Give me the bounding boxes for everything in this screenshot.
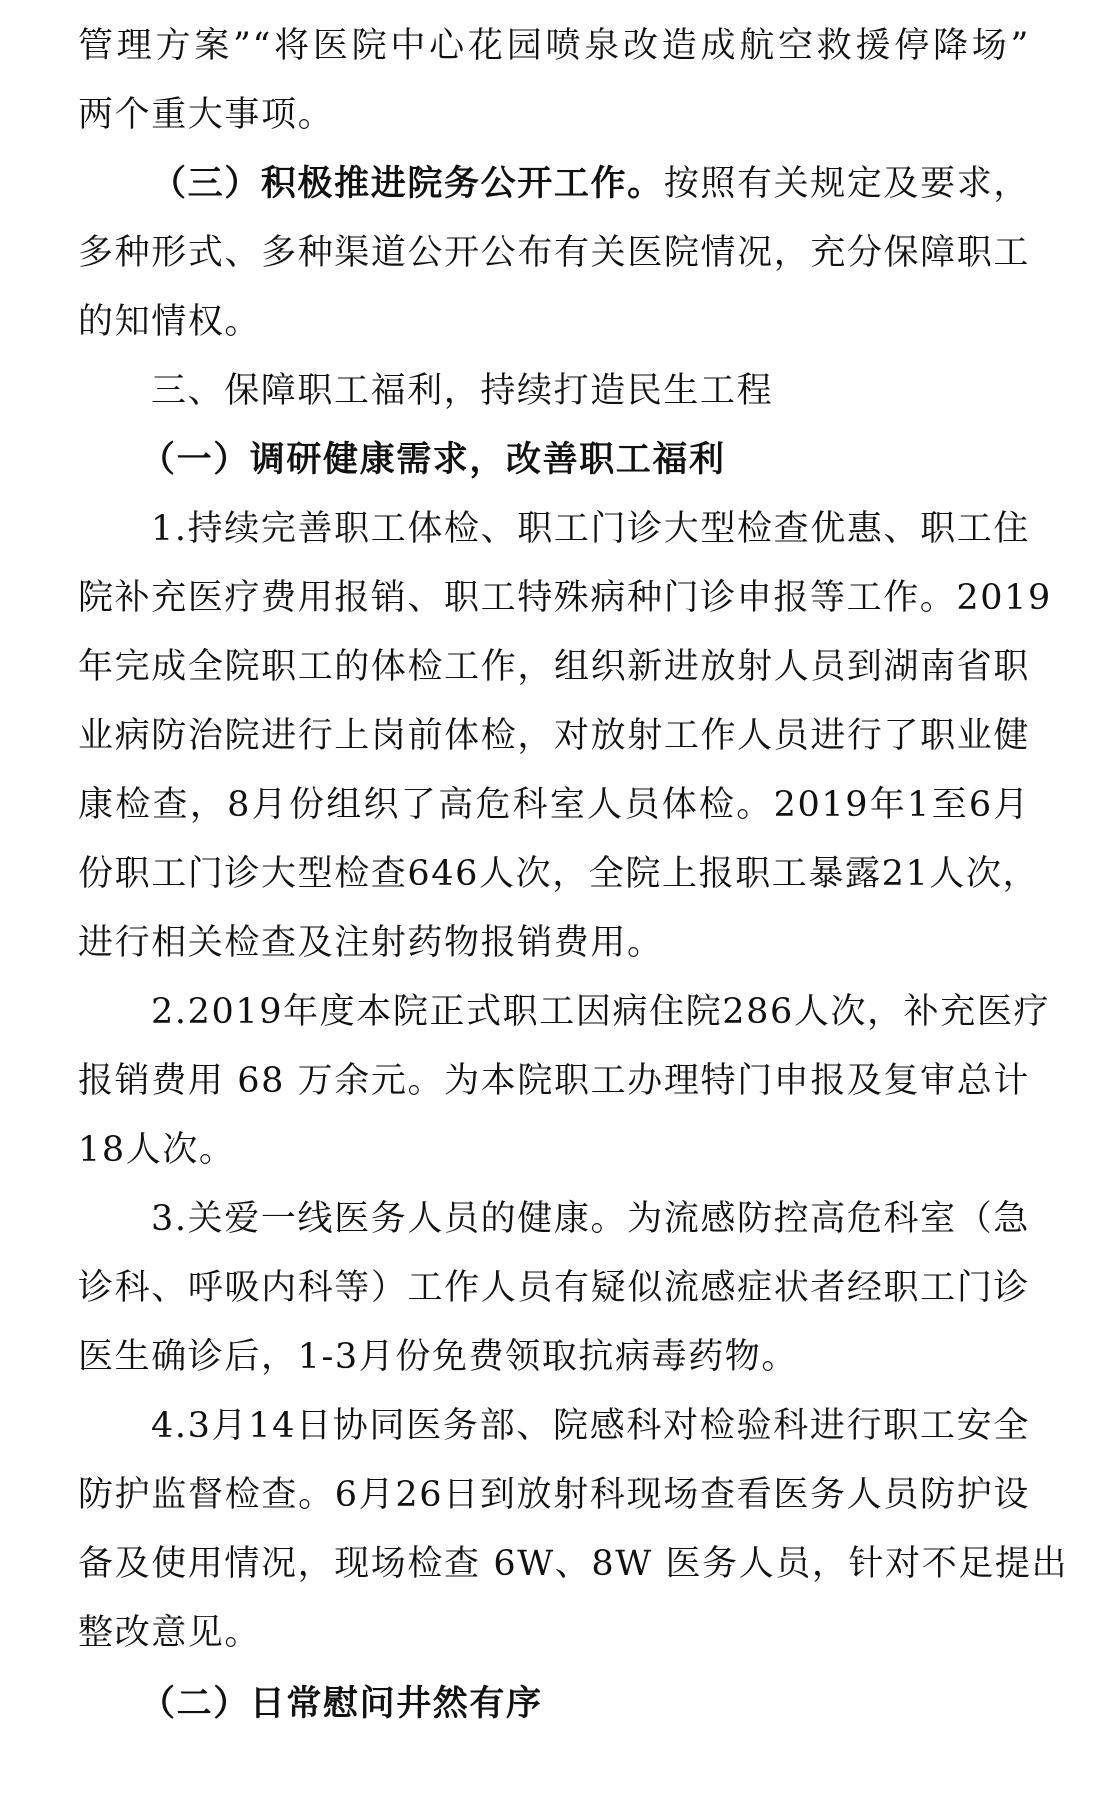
paragraph-line: 年完成全院职工的体检工作，组织新进放射人员到湖南省职: [78, 633, 1030, 702]
paragraph-line: 康检查，8月份组织了高危科室人员体检。2019年1至6月: [78, 771, 1030, 840]
paragraph-line: 报销费用 68 万余元。为本院职工办理特门申报及复审总计: [78, 1047, 1030, 1116]
paragraph-line: 多种形式、多种渠道公开公布有关医院情况，充分保障职工: [78, 219, 1030, 288]
paragraph-line: 4.3月14日协同医务部、院感科对检验科进行职工安全: [78, 1392, 1030, 1461]
paragraph-line: 诊科、呼吸内科等）工作人员有疑似流感症状者经职工门诊: [78, 1254, 1030, 1323]
paragraph-line: 18人次。: [78, 1116, 1030, 1185]
paragraph-line: 院补充医疗费用报销、职工特殊病种门诊申报等工作。2019: [78, 564, 1030, 633]
paragraph-line: 3.关爱一线医务人员的健康。为流感防控高危科室（急: [78, 1185, 1030, 1254]
paragraph-line: 的知情权。: [78, 288, 1030, 357]
paragraph-line: 医生确诊后，1-3月份免费领取抗病毒药物。: [78, 1323, 1030, 1392]
paragraph-line: 进行相关检查及注射药物报销费用。: [78, 909, 1030, 978]
chapter-heading: 三、保障职工福利，持续打造民生工程: [78, 357, 1030, 426]
section-lead-rest: 按照有关规定及要求，: [664, 164, 1030, 204]
paragraph-line: 1.持续完善职工体检、职工门诊大型检查优惠、职工住: [78, 495, 1030, 564]
subsection-heading: （二）日常慰问井然有序: [78, 1670, 1092, 1739]
paragraph-line: 2.2019年度本院正式职工因病住院286人次，补充医疗: [78, 978, 1030, 1047]
section-heading-line: （三）积极推进院务公开工作。按照有关规定及要求，: [78, 150, 1030, 219]
paragraph-line: 业病防治院进行上岗前体检，对放射工作人员进行了职业健: [78, 702, 1030, 771]
paragraph-line: 管理方案”“将医院中心花园喷泉改造成航空救援停降场”: [78, 12, 1030, 81]
subsection-heading: （一）调研健康需求，改善职工福利: [78, 426, 1092, 495]
paragraph-line: 份职工门诊大型检查646人次，全院上报职工暴露21人次，: [78, 840, 1030, 909]
section-lead-bold: （三）积极推进院务公开工作。: [151, 164, 664, 204]
paragraph-line: 两个重大事项。: [78, 81, 1030, 150]
paragraph-line: 备及使用情况，现场检查 6W、8W 医务人员，针对不足提出: [78, 1530, 1030, 1599]
paragraph-line: 整改意见。: [78, 1599, 1030, 1668]
document-page: 管理方案”“将医院中心花园喷泉改造成航空救援停降场” 两个重大事项。 （三）积极…: [0, 0, 1100, 1796]
paragraph-line: 防护监督检查。6月26日到放射科现场查看医务人员防护设: [78, 1461, 1030, 1530]
